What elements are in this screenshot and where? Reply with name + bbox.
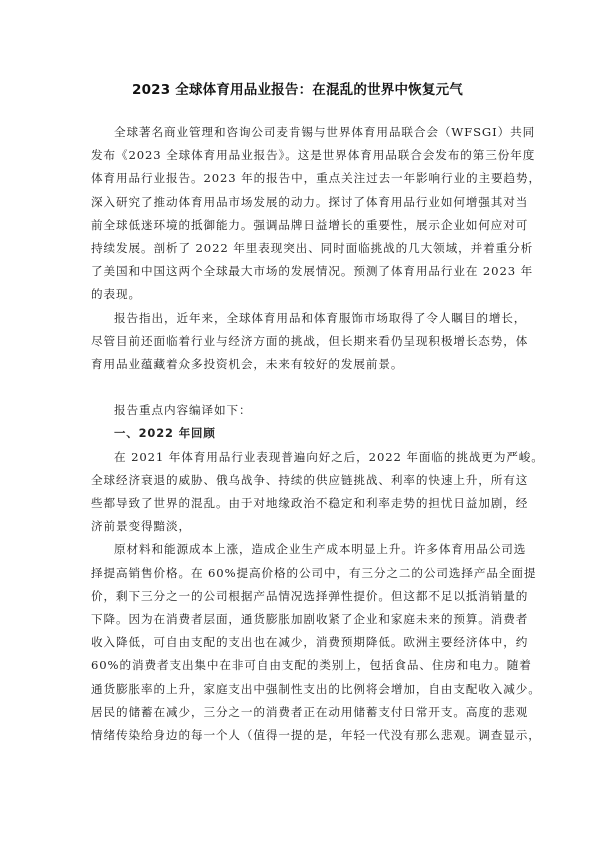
text-line: 价，剩下三分之一的公司根据产品情况选择弹性提价。但这都不足以抵消销量的 bbox=[91, 585, 505, 608]
blank-line bbox=[91, 376, 505, 399]
section-heading: 一、2022 年回顾 bbox=[91, 422, 505, 445]
text-line: 育用品业蕴藏着众多投资机会，未来有较好的发展前景。 bbox=[91, 353, 505, 376]
text-line: 报告重点内容编译如下： bbox=[91, 399, 505, 422]
text-line: 居民的储蓄在减少，三分之一的消费者正在动用储蓄支付日常开支。高度的悲观 bbox=[91, 701, 505, 724]
text-line: 择提高销售价格。在 60%提高价格的公司中，有三分之二的公司选择产品全面提 bbox=[91, 562, 505, 585]
paragraph-intro: 全球著名商业管理和咨询公司麦肯锡与世界体育用品联合会（WFSGI）共同 发布《2… bbox=[91, 121, 505, 307]
text-line: 情绪传染给身边的每一个人（值得一提的是，年轻一代没有那么悲观。调查显示， bbox=[91, 724, 505, 747]
paragraph-2022-challenges: 在 2021 年体育用品行业表现普遍向好之后，2022 年面临的挑战更为严峻。 … bbox=[91, 446, 505, 539]
text-line: 些都导致了世界的混乱。由于对地缘政治不稳定和利率走势的担忧日益加剧，经 bbox=[91, 492, 505, 515]
text-line: 持续发展。剖析了 2022 年里表现突出、同时面临挑战的几大领域，并着重分析 bbox=[91, 237, 505, 260]
text-line: 深入研究了推动体育用品市场发展的动力。探讨了体育用品行业如何增强其对当 bbox=[91, 191, 505, 214]
text-line: 在 2021 年体育用品行业表现普遍向好之后，2022 年面临的挑战更为严峻。 bbox=[91, 446, 505, 469]
text-line: 全球著名商业管理和咨询公司麦肯锡与世界体育用品联合会（WFSGI）共同 bbox=[91, 121, 505, 144]
text-line: 通货膨胀率的上升，家庭支出中强制性支出的比例将会增加，自由支配收入减少。 bbox=[91, 678, 505, 701]
text-line: 原材料和能源成本上涨，造成企业生产成本明显上升。许多体育用品公司选 bbox=[91, 538, 505, 561]
text-line: 60%的消费者支出集中在非可自由支配的类别上，包括食品、住房和电力。随着 bbox=[91, 654, 505, 677]
text-line: 了美国和中国这两个全球最大市场的发展情况。预测了体育用品行业在 2023 年 bbox=[91, 260, 505, 283]
text-line: 体育用品行业报告。2023 年的报告中，重点关注过去一年影响行业的主要趋势， bbox=[91, 167, 505, 190]
document-body: 全球著名商业管理和咨询公司麦肯锡与世界体育用品联合会（WFSGI）共同 发布《2… bbox=[91, 121, 505, 747]
paragraph-key-points-intro: 报告重点内容编译如下： bbox=[91, 399, 505, 422]
document-page: 2023 全球体育用品业报告：在混乱的世界中恢复元气 全球著名商业管理和咨询公司… bbox=[0, 0, 595, 841]
paragraph-summary: 报告指出，近年来，全球体育用品和体育服饰市场取得了令人瞩目的增长， 尽管目前还面… bbox=[91, 307, 505, 377]
text-line: 尽管目前还面临着行业与经济方面的挑战，但长期来看仍呈现积极增长态势，体 bbox=[91, 330, 505, 353]
document-title: 2023 全球体育用品业报告：在混乱的世界中恢复元气 bbox=[0, 78, 595, 98]
text-line: 收入降低，可自由支配的支出也在减少，消费预期降低。欧洲主要经济体中，约 bbox=[91, 631, 505, 654]
text-line: 发布《2023 全球体育用品业报告》。这是世界体育用品联合会发布的第三份年度 bbox=[91, 144, 505, 167]
text-line: 全球经济衰退的威胁、俄乌战争、持续的供应链挑战、利率的快速上升，所有这 bbox=[91, 469, 505, 492]
text-line: 下降。因为在消费者层面，通货膨胀加剧收紧了企业和家庭未来的预算。消费者 bbox=[91, 608, 505, 631]
paragraph-costs-and-inflation: 原材料和能源成本上涨，造成企业生产成本明显上升。许多体育用品公司选 择提高销售价… bbox=[91, 538, 505, 747]
text-line: 的表现。 bbox=[91, 283, 505, 306]
text-line: 前全球低迷环境的抵御能力。强调品牌日益增长的重要性，展示企业如何应对可 bbox=[91, 214, 505, 237]
text-line: 济前景变得黯淡， bbox=[91, 515, 505, 538]
text-line: 报告指出，近年来，全球体育用品和体育服饰市场取得了令人瞩目的增长， bbox=[91, 307, 505, 330]
